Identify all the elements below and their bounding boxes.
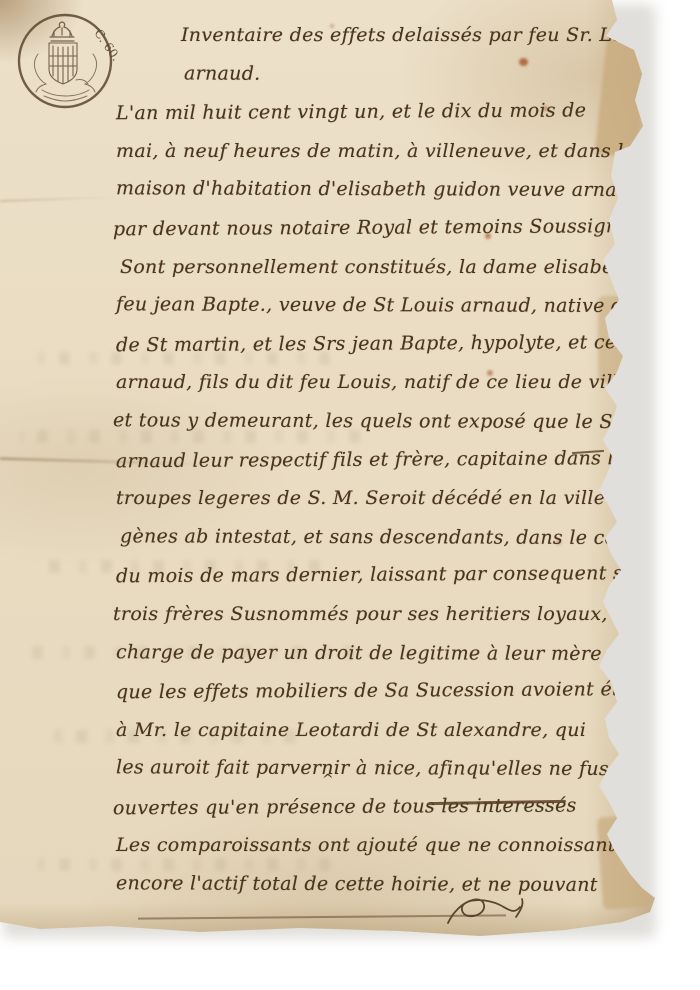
- manuscript-line: arnaud leur respectif fils et frère, cap…: [0, 439, 650, 482]
- manuscript-line: troupes legeres de S. M. Seroit décédé e…: [0, 479, 650, 518]
- manuscript-page: C. 60. Inventaire des effets delaissés p…: [0, 0, 658, 938]
- manuscript-line: à Mr. le capitaine Leotardi de St alexan…: [0, 711, 650, 750]
- insertion-caret: ^: [322, 772, 334, 788]
- paraph-flourish: [444, 891, 530, 933]
- manuscript-line: que les effets mobiliers de Sa Sucession…: [0, 670, 650, 713]
- manuscript-line: charge de payer un droit de legitime à l…: [0, 632, 650, 673]
- manuscript-line: Sont personnellement constitués, la dame…: [4, 248, 650, 287]
- manuscript-line: feu jean Bapte., veuve de St Louis arnau…: [0, 285, 650, 326]
- manuscript-line: arnaud, fils du dit feu Louis, natif de …: [0, 363, 650, 402]
- manuscript-line: maison d'habitation d'elisabeth guidon v…: [0, 169, 650, 210]
- manuscript-text: Inventaire des effets delaissés par feu …: [0, 16, 650, 904]
- manuscript-line: par devant nous notaire Royal et temoins…: [0, 207, 650, 250]
- manuscript-line: et tous y demeurant, les quels ont expos…: [0, 401, 650, 442]
- manuscript-line: de St martin, et les Srs jean Bapte, hyp…: [0, 323, 650, 366]
- manuscript-line: Les comparoissants ont ajouté que ne con…: [0, 826, 650, 865]
- manuscript-line: Inventaire des effets delaissés par feu …: [0, 16, 650, 55]
- manuscript-line: gènes ab intestat, et sans descendants, …: [4, 517, 650, 558]
- manuscript-line: trois frères Susnommés pour ses heritier…: [0, 595, 650, 634]
- manuscript-line: arnaud.: [0, 53, 650, 94]
- manuscript-line: L'an mil huit cent vingt un, et le dix d…: [0, 91, 650, 134]
- manuscript-line: encore l'actif total de cette hoirie, et…: [0, 864, 650, 905]
- manuscript-line: mai, à neuf heures de matin, à villeneuv…: [0, 132, 650, 171]
- manuscript-line: du mois de mars dernier, laissant par co…: [0, 554, 650, 597]
- manuscript-line: ouvertes qu'en présence de tous les inte…: [0, 786, 650, 829]
